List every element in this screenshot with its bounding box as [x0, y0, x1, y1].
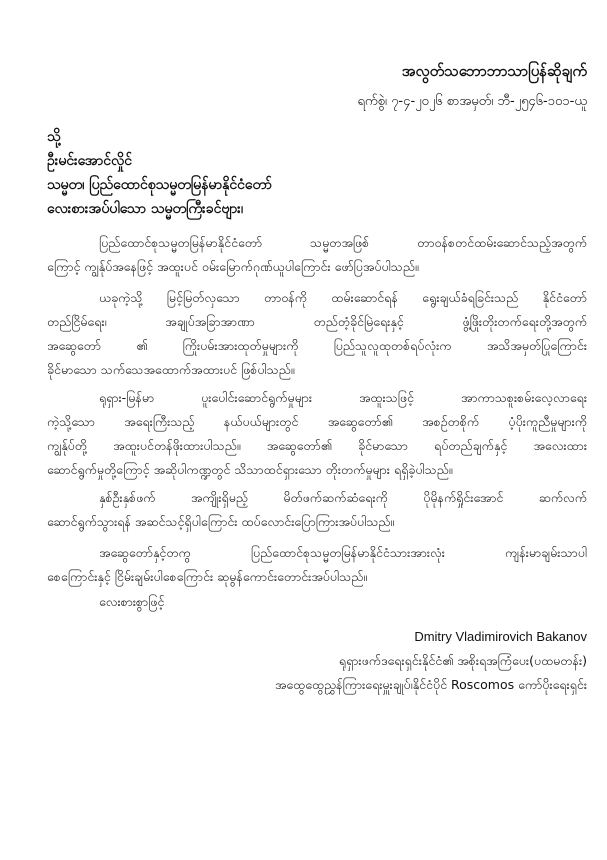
reference-line: ရက်စွဲ၊ ၇-၄-၂၀၂၆ စာအမှတ်၊ ဘီ-၂၅၄၆-၁၀၁-ယူ [357, 93, 587, 112]
addressee-block: သို့ ဦးမင်းအောင်လှိုင် သမ္မတ၊ ပြည်ထောင်စ… [47, 125, 272, 221]
paragraph-5: အဆွေတော်နှင့်တကွ ပြည်ထောင်စုသမ္မတမြန်မာန… [47, 541, 587, 589]
closing-phrase: လေးစားစွာဖြင့် [99, 594, 164, 613]
paragraph-line: ခိုင်မာသော သက်သေအထောက်အထားပင် ဖြစ်ပါသည်။ [47, 358, 587, 382]
paragraph-line: ဆောင်ရွက်မှုတို့ကြောင့် အဆိုပါကဏ္ဍတွင် သ… [47, 458, 587, 482]
paragraph-3: ရုရှား-မြန်မာ ပူးပေါင်းဆောင်ရွက်မှုများ … [47, 386, 587, 482]
salutation: လေးစားအပ်ပါသော သမ္မတကြီးခင်ဗျား၊ [47, 197, 272, 221]
paragraph-4: နှစ်ဦးနှစ်ဖက် အကျိုးရှိမည့် မိတ်ဖက်ဆက်ဆံ… [47, 486, 587, 534]
paragraph-line: ရုရှား-မြန်မာ ပူးပေါင်းဆောင်ရွက်မှုများ … [47, 386, 587, 410]
paragraph-line: အဆွေတော် ၏ ကြိုးပမ်းအားထုတ်မှုများကို ပြ… [47, 334, 587, 358]
signature-block: Dmitry Vladimirovich Bakanov ရုရှားဖက်ဒရ… [275, 625, 587, 697]
letter-page: အလွတ်သဘောဘာသာပြန်ဆိုချက် ရက်စွဲ၊ ၇-၄-၂၀၂… [0, 0, 607, 860]
addressee-position: သမ္မတ၊ ပြည်ထောင်စုသမ္မတမြန်မာနိုင်ငံတော် [47, 173, 272, 197]
paragraph-line: ကဲ့သို့သော အရေးကြီးသည့် နယ်ပယ်များတွင် အ… [47, 410, 587, 434]
signatory-title-1: ရုရှားဖက်ဒရေးရှင်းနိုင်ငံ၏ အစိုးရအကြံပေး… [275, 649, 587, 673]
addressee-to: သို့ [47, 125, 272, 149]
paragraph-line: ကြောင့် ကျွန်ုပ်အနေဖြင့် အထူးပင် ဝမ်းမြေ… [47, 255, 587, 279]
paragraph-line: ဆောင်ရွက်သွားရန် အဆင်သင့်ရှိပါကြောင်း ထပ… [47, 510, 587, 534]
paragraph-1: ပြည်ထောင်စုသမ္မတမြန်မာနိုင်ငံတော် သမ္မတအ… [47, 231, 587, 279]
addressee-name: ဦးမင်းအောင်လှိုင် [47, 149, 272, 173]
document-title: အလွတ်သဘောဘာသာပြန်ဆိုချက် [402, 62, 587, 84]
paragraph-line: အဆွေတော်နှင့်တကွ ပြည်ထောင်စုသမ္မတမြန်မာန… [47, 541, 587, 565]
paragraph-line: တည်ငြိမ်ရေး၊ အချုပ်အခြာအာဏာ တည်တံ့ခိုင်မ… [47, 310, 587, 334]
paragraph-line: ပြည်ထောင်စုသမ္မတမြန်မာနိုင်ငံတော် သမ္မတအ… [47, 231, 587, 255]
paragraph-line: ကျွန်ုပ်တို့ အထူးပင်တန်ဖိုးထားပါသည်။ အဆွ… [47, 434, 587, 458]
signatory-name: Dmitry Vladimirovich Bakanov [275, 625, 587, 649]
paragraph-2: ယခုကဲ့သို့ မြင့်မြတ်လှသော တာဝန်ကို ထမ်းဆ… [47, 286, 587, 382]
paragraph-line: ယခုကဲ့သို့ မြင့်မြတ်လှသော တာဝန်ကို ထမ်းဆ… [47, 286, 587, 310]
signatory-title-2: အထွေထွေညွှန်ကြားရေးမှူးချုပ်၊နိုင်ငံပိုင… [275, 673, 587, 697]
paragraph-line: နှစ်ဦးနှစ်ဖက် အကျိုးရှိမည့် မိတ်ဖက်ဆက်ဆံ… [47, 486, 587, 510]
paragraph-line: စေကြောင်းနှင့် ငြိမ်းချမ်းပါစေကြောင်း ဆု… [47, 565, 587, 589]
